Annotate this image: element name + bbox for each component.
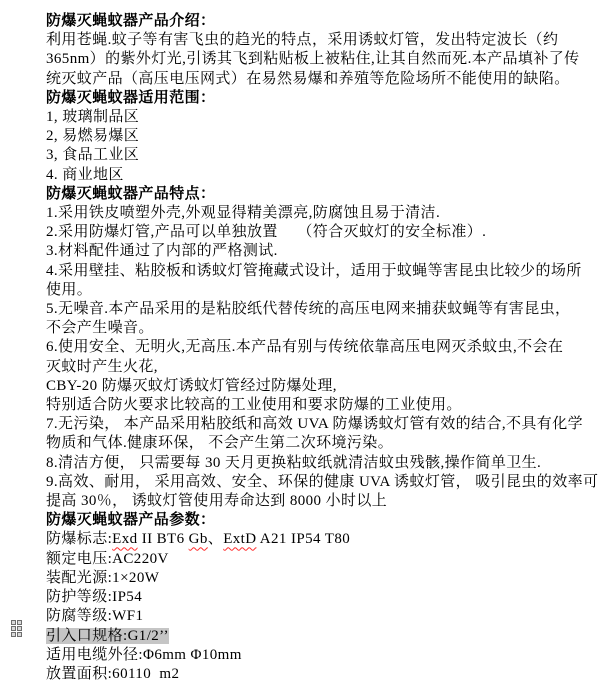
drag-dot: [17, 620, 22, 625]
text-line: 灭蚊时产生火花,: [46, 358, 588, 377]
spellcheck-flagged-text: Exd: [112, 531, 137, 547]
drag-dot: [11, 620, 16, 625]
text-line: 适用电缆外径:Φ6mm Φ10mm: [46, 646, 588, 665]
text-line: 4. 商业地区: [46, 166, 588, 185]
text-line: 额定电压:AC220V: [46, 550, 588, 569]
text-line: 防爆标志:Exd II BT6 Gb、ExtD A21 IP54 T80: [46, 530, 588, 549]
text-line: 6.使用安全、无明火,无高压.本产品有别与传统依靠高压电网灭杀蚊虫,不会在: [46, 338, 588, 357]
text-line: 防护等级:IP54: [46, 588, 588, 607]
spellcheck-flagged-text: ExtD: [223, 531, 256, 547]
drag-dot: [17, 626, 22, 631]
text-line: 1, 玻璃制品区: [46, 108, 588, 127]
section-heading: 防爆灭蝇蚊器产品参数：: [46, 511, 588, 530]
text-line: 8.清洁方便， 只需要每 30 天月更换粘蚊纸就清洁蚊虫残骸,操作简单卫生.: [46, 454, 588, 473]
text-line: 365nm）的紫外灯光,引诱其飞到粘贴板上被粘住,让其自然而死.本产品填补了传: [46, 50, 588, 69]
document-page: 防爆灭蝇蚊器产品介绍：利用苍蝇.蚊子等有害飞虫的趋光的特点，采用诱蚊灯管，发出特…: [0, 0, 616, 687]
text-run: A21 IP54 T80: [256, 531, 350, 547]
text-line: CBY-20 防爆灭蚊灯诱蚊灯管经过防爆处理,: [46, 377, 588, 396]
drag-dot: [11, 626, 16, 631]
text-line: 2.采用防爆灯管,产品可以单独放置 （符合灭蚊灯的安全标准）.: [46, 223, 588, 242]
text-line: 物质和气体.健康环保， 不会产生第二次环境污染。: [46, 434, 588, 453]
drag-handle-icon[interactable]: [11, 620, 22, 637]
text-line: 7.无污染， 本产品采用粘胶纸和高效 UVA 防爆诱蚊灯管有效的结合,不具有化学: [46, 415, 588, 434]
text-line: 3, 食品工业区: [46, 146, 588, 165]
text-line: 2, 易燃易爆区: [46, 127, 588, 146]
text-line: 5.无噪音.本产品采用的是粘胶纸代替传统的高压电网来捕获蚊蝇等有害昆虫，: [46, 300, 588, 319]
text-line: 4.采用壁挂、粘胶板和诱蚊灯管掩藏式设计，适用于蚊蝇等害昆虫比较少的场所: [46, 262, 588, 281]
text-line: 1.采用铁皮喷塑外壳,外观显得精美漂亮,防腐蚀且易于清洁.: [46, 204, 588, 223]
text-line: 9.高效、耐用， 采用高效、安全、环保的健康 UVA 诱蚊灯管， 吸引昆虫的效率…: [46, 473, 588, 492]
text-line: 不会产生噪音。: [46, 319, 588, 338]
text-line: 装配光源:1×20W: [46, 569, 588, 588]
text-line: 利用苍蝇.蚊子等有害飞虫的趋光的特点，采用诱蚊灯管，发出特定波长（约: [46, 31, 588, 50]
section-heading: 防爆灭蝇蚊器产品介绍：: [46, 12, 588, 31]
drag-dot: [17, 632, 22, 637]
text-line: 提高 30％， 诱蚊灯管使用寿命达到 8000 小时以上: [46, 492, 588, 511]
text-run: 防爆标志:: [46, 531, 112, 547]
section-heading: 防爆灭蝇蚊器适用范围：: [46, 89, 588, 108]
document-body: 防爆灭蝇蚊器产品介绍：利用苍蝇.蚊子等有害飞虫的趋光的特点，采用诱蚊灯管，发出特…: [0, 0, 616, 684]
text-line: 放置面积:60110 m2: [46, 665, 588, 684]
spellcheck-flagged-text: Gb: [189, 531, 208, 547]
highlighted-text: 引入口规格:G1/2’’: [46, 628, 169, 644]
text-line: 统灭蚊产品（高压电压网式）在易然易爆和养殖等危险场所不能使用的缺陷。: [46, 70, 588, 89]
text-line: 3.材料配件通过了内部的严格测试.: [46, 242, 588, 261]
text-line: 引入口规格:G1/2’’: [46, 627, 588, 646]
text-run: 、: [208, 531, 223, 547]
section-heading: 防爆灭蝇蚊器产品特点：: [46, 185, 588, 204]
text-line: 特别适合防火要求比较高的工业使用和要求防爆的工业使用。: [46, 396, 588, 415]
text-line: 使用。: [46, 281, 588, 300]
text-line: 防腐等级:WF1: [46, 607, 588, 626]
drag-dot: [11, 632, 16, 637]
text-run: II BT6: [138, 531, 189, 547]
